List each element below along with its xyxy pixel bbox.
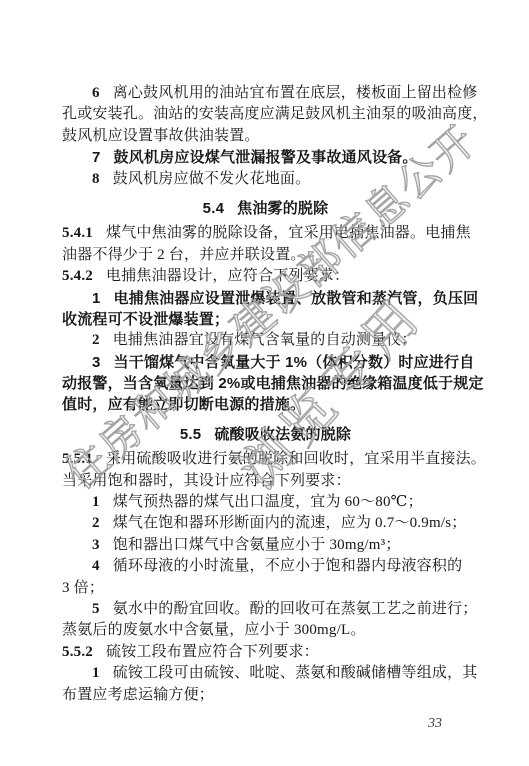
page-content: 6离心鼓风机用的油站宜布置在底层，楼板面上留出检修孔或安装孔。油站的安装高度应满… [62, 83, 469, 706]
text-segment: 电捕焦油器宜设有煤气含氧量的自动测量仪； [113, 332, 417, 348]
text-line: 当采用饱和器时，其设计应符合下列要求： [62, 471, 469, 492]
text-segment: 当采用饱和器时，其设计应符合下列要求： [62, 473, 351, 489]
text-segment: 5.5.1 [62, 451, 93, 467]
text-segment: 1 [92, 665, 100, 681]
text-segment: 循环母液的小时流量，不应小于饱和器内母液容积的 [113, 558, 463, 574]
text-line: 布置应考虑运输方便； [62, 685, 469, 706]
text-segment: 采用硫酸吸收进行氨的脱除和回收时，宜采用半直接法。 [106, 451, 486, 467]
text-line: 值时，应有能立即切断电源的措施。 [62, 394, 469, 415]
text-segment: 5.4.2 [62, 268, 93, 284]
text-segment: 氨水中的酚宜回收。酚的回收可在蒸氨工艺之前进行； [113, 601, 478, 617]
text-segment: 鼓风机房应做不发火花地面。 [113, 171, 311, 187]
document-page: 6离心鼓风机用的油站宜布置在底层，楼板面上留出检修孔或安装孔。油站的安装高度应满… [0, 0, 529, 766]
text-line: 油器不得少于 2 台，并应并联设置。 [62, 245, 469, 266]
text-segment: 焦油雾的脱除 [237, 200, 328, 217]
text-segment: 1 [92, 290, 101, 307]
text-segment: 电捕焦油器应设置泄爆装置、放散管和蒸汽管，负压回 [114, 290, 479, 307]
text-segment: 布置应考虑运输方便； [62, 687, 214, 703]
text-line: 3当干馏煤气中含氧量大于 1%（体积分数）时应进行自 [62, 352, 469, 373]
text-line: 收流程可不设泄爆装置； [62, 309, 469, 330]
text-segment: 油器不得少于 2 台，并应并联设置。 [62, 247, 306, 263]
text-line: 1电捕焦油器应设置泄爆装置、放散管和蒸汽管，负压回 [62, 288, 469, 309]
text-segment: 硫铵工段可由硫铵、吡啶、蒸氨和酸碱储槽等组成，其 [113, 665, 478, 681]
text-segment: 硫酸吸收法氨的脱除 [214, 426, 351, 443]
page-number: 33 [428, 716, 442, 732]
text-segment: 蒸氨后的废氨水中含氨量，应小于 300mg/L。 [62, 622, 366, 638]
text-segment: 收流程可不设泄爆装置； [62, 311, 229, 328]
text-line: 蒸氨后的废氨水中含氨量，应小于 300mg/L。 [62, 620, 469, 641]
text-segment: 煤气预热器的煤气出口温度，宜为 60～80℃； [113, 494, 423, 510]
text-segment: 5.5 [180, 426, 201, 443]
text-segment: 7 [92, 149, 101, 166]
text-line: 2煤气在饱和器环形断面内的流速，应为 0.7～0.9m/s； [62, 513, 469, 534]
text-line: 5.5.2硫铵工段布置应符合下列要求： [62, 642, 469, 663]
text-line: 2电捕焦油器宜设有煤气含氧量的自动测量仪； [62, 330, 469, 351]
text-segment: 鼓风机应设置事故供油装置。 [62, 128, 260, 144]
text-segment: 煤气在饱和器环形断面内的流速，应为 0.7～0.9m/s； [113, 515, 467, 531]
text-line: 5.4.2电捕焦油器设计，应符合下列要求： [62, 266, 469, 287]
text-segment: 8 [92, 171, 100, 187]
text-segment: 6 [92, 85, 100, 101]
text-line: 鼓风机应设置事故供油装置。 [62, 126, 469, 147]
text-segment: 电捕焦油器设计，应符合下列要求： [106, 268, 349, 284]
text-line: 4循环母液的小时流量，不应小于饱和器内母液容积的 [62, 556, 469, 577]
text-segment: 硫铵工段布置应符合下列要求： [106, 644, 319, 660]
text-line: 5.4.1煤气中焦油雾的脱除设备，宜采用电捕焦油器。电捕焦 [62, 223, 469, 244]
text-segment: 2 [92, 515, 100, 531]
text-line: 5氨水中的酚宜回收。酚的回收可在蒸氨工艺之前进行； [62, 599, 469, 620]
text-segment: 5.4 [203, 200, 224, 217]
text-segment: 煤气中焦油雾的脱除设备，宜采用电捕焦油器。电捕焦 [106, 225, 471, 241]
section-heading: 5.4焦油雾的脱除 [62, 198, 469, 219]
text-line: 7鼓风机房应设煤气泄漏报警及事故通风设备。 [62, 147, 469, 168]
text-segment: 1 [92, 494, 100, 510]
text-segment: 值时，应有能立即切断电源的措施。 [62, 396, 305, 413]
text-segment: 4 [92, 558, 100, 574]
text-segment: 3 倍； [62, 580, 104, 596]
text-segment: 离心鼓风机用的油站宜布置在底层，楼板面上留出检修 [113, 85, 478, 101]
text-line: 6离心鼓风机用的油站宜布置在底层，楼板面上留出检修 [62, 83, 469, 104]
text-segment: 孔或安装孔。油站的安装高度应满足鼓风机主油泵的吸油高度， [62, 106, 488, 122]
text-segment: 2 [92, 332, 100, 348]
text-segment: 5 [92, 601, 100, 617]
text-segment: 饱和器出口煤气中含氨量应小于 30mg/m³； [113, 537, 401, 553]
text-line: 3饱和器出口煤气中含氨量应小于 30mg/m³； [62, 535, 469, 556]
text-line: 8鼓风机房应做不发火花地面。 [62, 169, 469, 190]
text-segment: 3 [92, 537, 100, 553]
text-line: 1硫铵工段可由硫铵、吡啶、蒸氨和酸碱储槽等组成，其 [62, 663, 469, 684]
text-segment: 5.4.1 [62, 225, 93, 241]
section-heading: 5.5硫酸吸收法氨的脱除 [62, 424, 469, 445]
text-line: 1煤气预热器的煤气出口温度，宜为 60～80℃； [62, 492, 469, 513]
text-line: 孔或安装孔。油站的安装高度应满足鼓风机主油泵的吸油高度， [62, 104, 469, 125]
text-line: 5.5.1采用硫酸吸收进行氨的脱除和回收时，宜采用半直接法。 [62, 449, 469, 470]
text-segment: 当干馏煤气中含氧量大于 1%（体积分数）时应进行自 [114, 354, 475, 371]
text-segment: 3 [92, 354, 101, 371]
text-segment: 动报警，当含氧量达到 2%或电捕焦油器的绝缘箱温度低于规定 [62, 375, 484, 392]
text-line: 动报警，当含氧量达到 2%或电捕焦油器的绝缘箱温度低于规定 [62, 373, 469, 394]
text-segment: 鼓风机房应设煤气泄漏报警及事故通风设备。 [114, 149, 418, 166]
text-segment: 5.5.2 [62, 644, 93, 660]
text-line: 3 倍； [62, 578, 469, 599]
